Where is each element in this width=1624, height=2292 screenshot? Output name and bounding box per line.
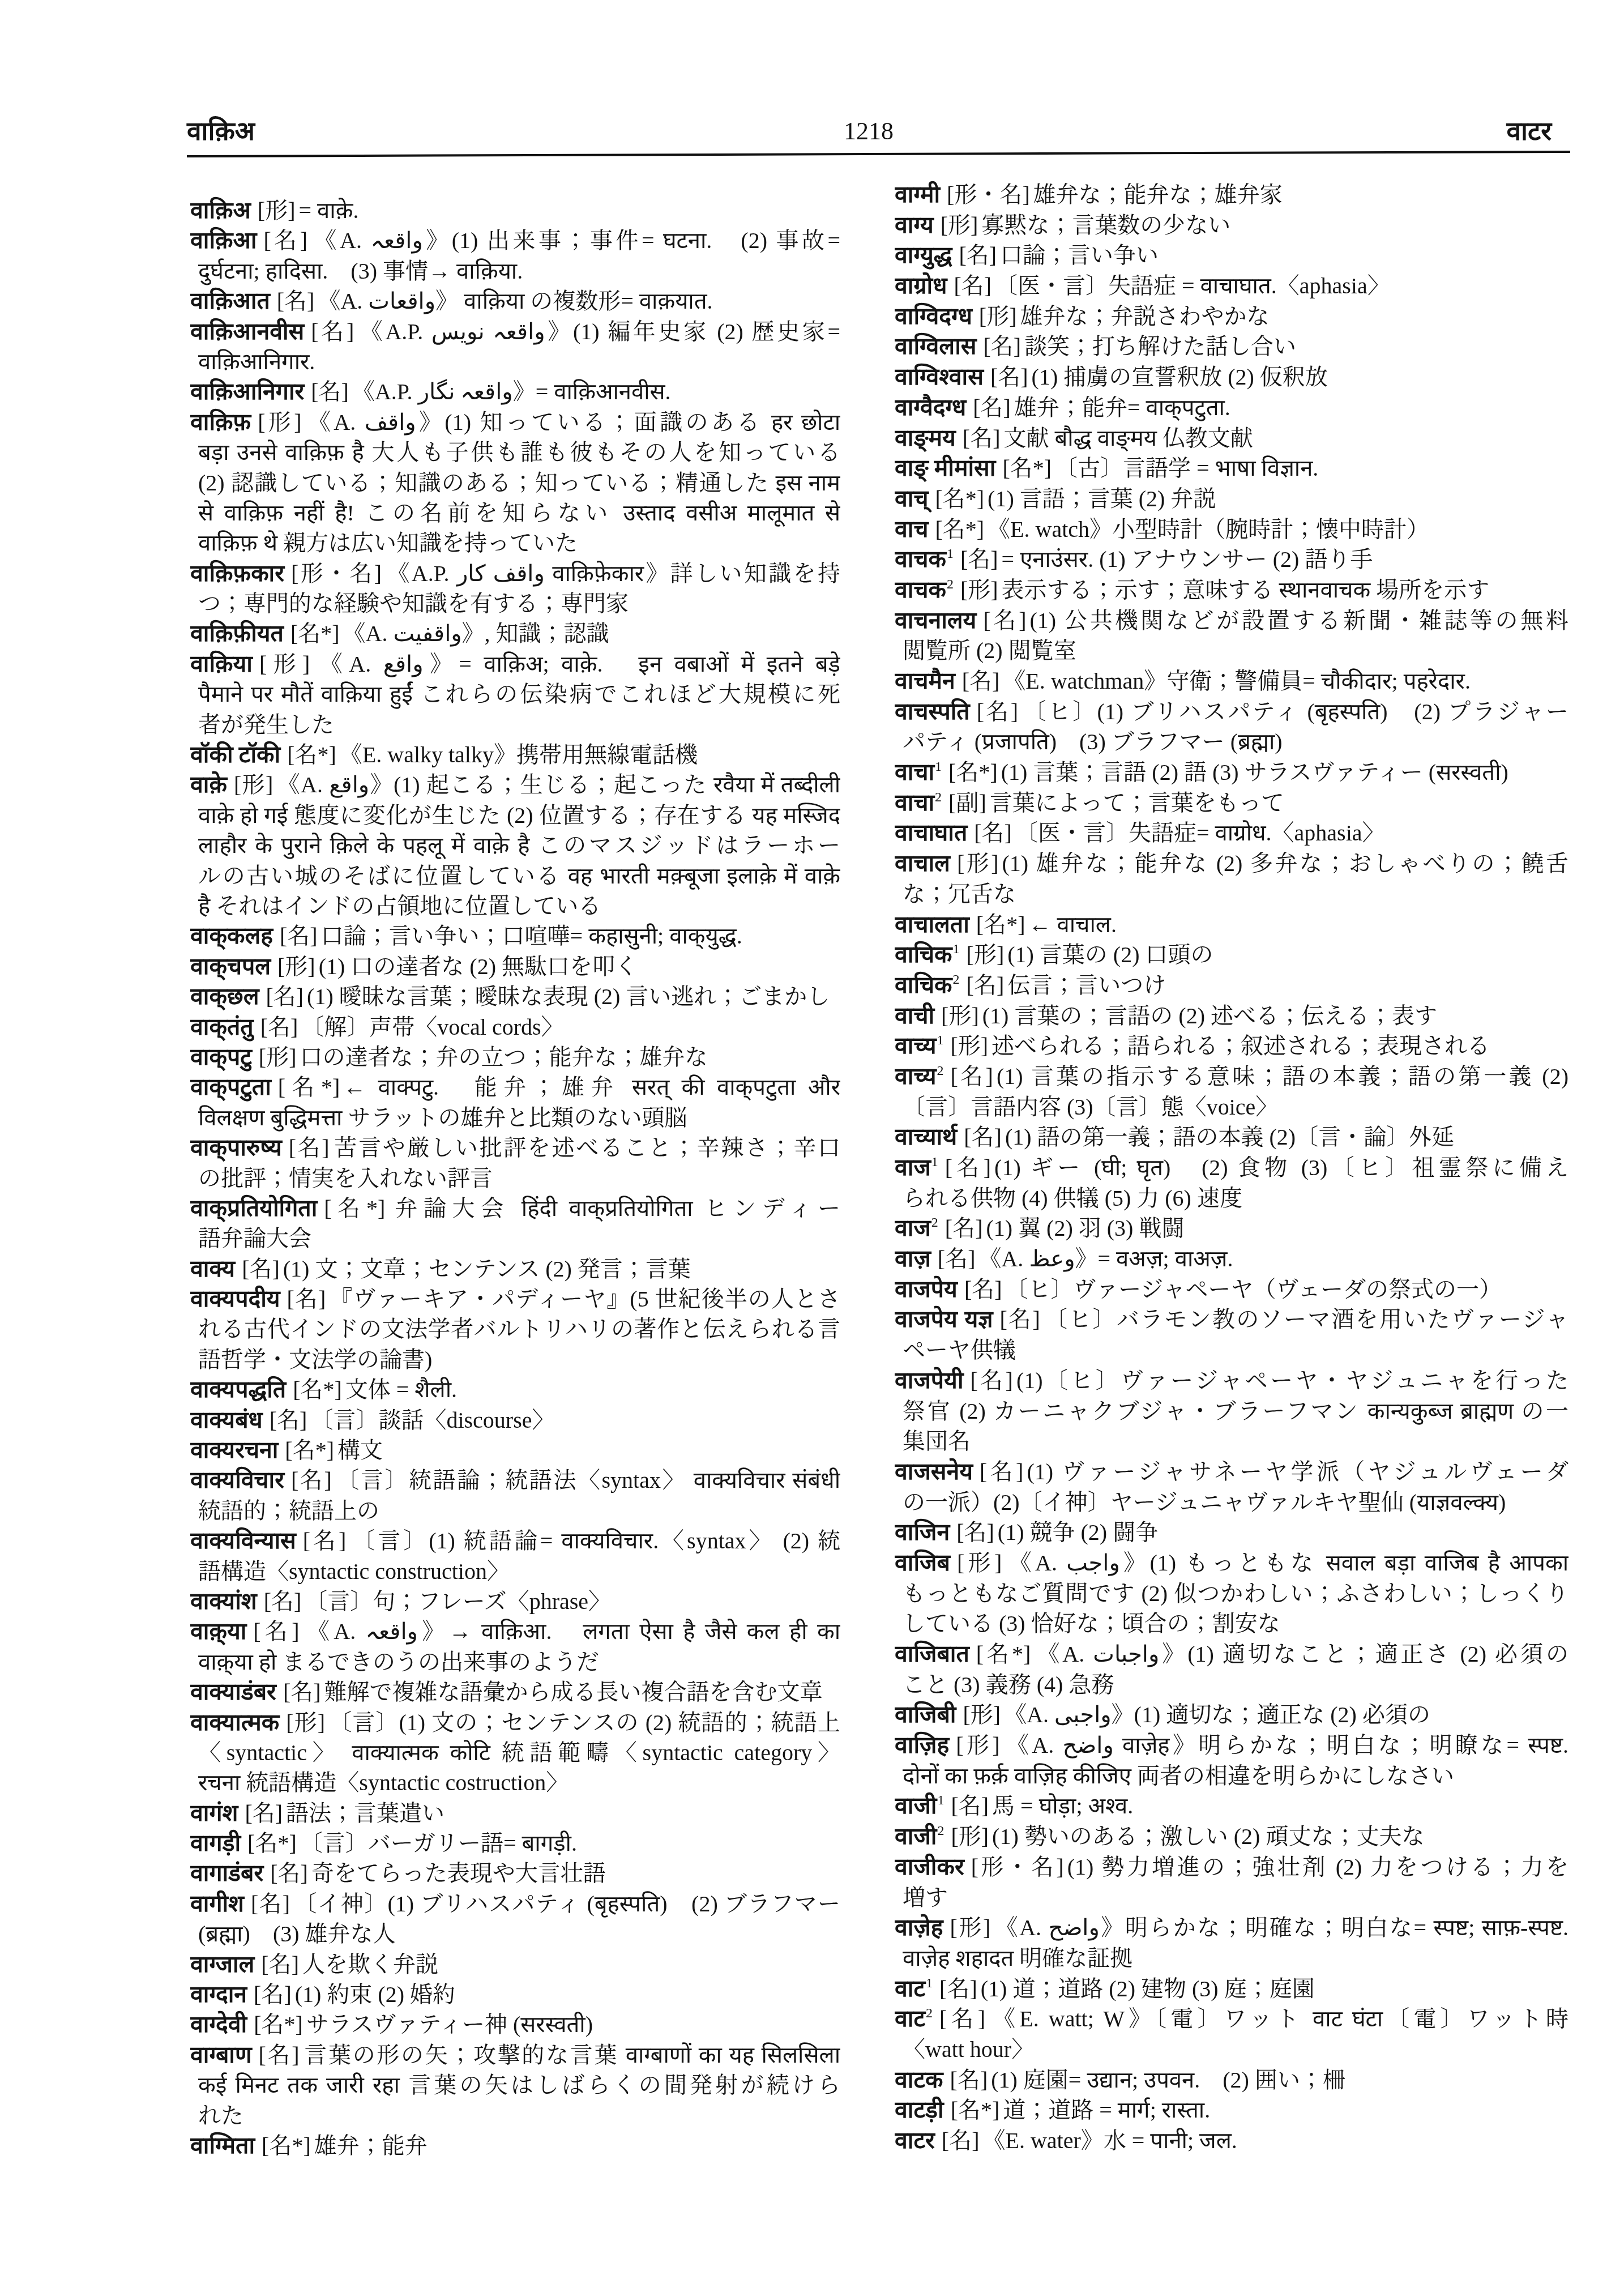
definition-text: 〈syntactic〉 वाक्यात्मक कोटि 統語範疇〈syntact… <box>198 1740 840 1768</box>
definition-text: है それはインドの占領地に位置している <box>198 893 601 919</box>
part-of-speech-label: [名] <box>277 288 315 314</box>
entry-continuation-line: रचना 統語構造〈syntactic costruction〉 <box>190 1768 840 1798</box>
dictionary-entry: वाजपेयी[名](1)〔ヒ〕ヴァージャペーヤ・ヤジュニャを行った祭官 (2)… <box>895 1365 1569 1457</box>
definition-text: दुर्घटना; हादिसा. (3) 事情→ वाक़िया. <box>198 258 523 284</box>
entry-headline: वाङ्‌मय[名]文献 बौद्ध वाङ्‌मय 仏教文献 <box>895 423 1569 454</box>
dictionary-entry: वाटड़ी[名*]道；道路 = मार्ग; रास्ता. <box>895 2095 1569 2125</box>
headword: वाक़िआत <box>190 288 270 314</box>
headword: वागीश <box>190 1890 244 1917</box>
homograph-number: 1 <box>947 547 954 561</box>
definition-text: ← वाचाल. <box>1029 912 1117 937</box>
entry-headline: वाक्य[名](1) 文；文章；センテンス (2) 発言；言葉 <box>190 1254 840 1284</box>
definition-text: (1) 曖昧な言葉；曖昧な表現 (2) 言い逃れ；ごまかし <box>307 984 830 1009</box>
dictionary-entry: वाज़ेह[形]《A. واضح》明らかな；明確な；明白な= स्पष्ट; … <box>895 1913 1569 1973</box>
part-of-speech-label: [名] <box>960 547 998 572</box>
entry-headline: वाच[名*]《E. watch》小型時計（腕時計；懐中時計） <box>895 514 1569 545</box>
definition-text: 人を欺く弁説 <box>302 1952 438 1977</box>
part-of-speech-label: [名*] <box>935 486 984 511</box>
dictionary-entry: वागीश[名]〔イ神〕(1) ブリハスパティ (बृहस्पति) (2) ブ… <box>190 1889 840 1949</box>
part-of-speech-label: [名] <box>245 1800 283 1826</box>
definition-text: 《A. واقع》= वाक़िअ; वाक़े. इन वबाओं में इ… <box>313 651 840 677</box>
part-of-speech-label: [名*] <box>948 759 998 785</box>
entry-continuation-line: している (3) 恰好な；頃合の；割安な <box>895 1608 1569 1639</box>
definition-text: 文献 बौद्ध वाङ्‌मय 仏教文献 <box>1003 425 1253 451</box>
part-of-speech-label: [形] <box>967 942 1005 967</box>
definition-text: 伝言；言いつけ <box>1007 972 1166 998</box>
definition-text: (1) 文；文章；センテンス (2) 発言；言葉 <box>283 1256 691 1282</box>
definition-text: (1) ギー (घी; घृत) (2) 食物 (3)〔ヒ〕祖霊祭に備え <box>994 1155 1569 1180</box>
dictionary-entry: वाग्वैदग्ध[名]雄弁；能弁= वाक्‌पटुता. <box>895 392 1569 423</box>
definition-text: 〔解〕声帯〈vocal cords〉 <box>301 1014 563 1040</box>
dictionary-entry: वाक्यपदीय[名]『ヴァーキア・パディーヤ』(5 世紀後半の人とされる古代… <box>190 1284 840 1375</box>
entry-continuation-line: वाक़े हो गई 態度に変化が生じた (2) 位置する；存在する यह म… <box>190 800 840 830</box>
definition-text: वाज़ेह शहादत 明確な証拠 <box>903 1945 1132 1971</box>
entry-headline: वाक़िया[形]《A. واقع》= वाक़िअ; वाक़े. इन व… <box>190 649 840 679</box>
entry-headline: वाच्[名*](1) 言語；言葉 (2) 弁説 <box>895 484 1569 514</box>
part-of-speech-label: [名] <box>942 2128 980 2153</box>
headword: वाचाल <box>895 850 950 876</box>
headword: वाक्य <box>190 1256 235 1282</box>
entry-headline: वाक्‌पारुष्य[名]苦言や厳しい批評を述べること；辛辣さ；辛口 <box>190 1133 840 1163</box>
dictionary-entry: वाजी1[名]馬 = घोड़ा; अश्व. <box>895 1791 1569 1821</box>
entry-headline: वाङ् मीमांसा[名*]〔古〕言語学 = भाषा विज्ञान. <box>895 453 1569 484</box>
dictionary-entry: वाज1[名](1) ギー (घी; घृत) (2) 食物 (3)〔ヒ〕祖霊祭… <box>895 1153 1569 1213</box>
entry-headline: वाचा1[名*](1) 言葉；言語 (2) 語 (3) サラスヴァティー (स… <box>895 757 1569 788</box>
part-of-speech-label: [名] <box>280 923 318 949</box>
entry-headline: वाक्यविचार[名]〔言〕統語論；統語法〈syntax〉 वाक्यविच… <box>190 1465 840 1495</box>
entry-continuation-line: 語弁論大会 <box>190 1223 840 1253</box>
headword: वाक़िआनिगार <box>190 378 304 404</box>
dictionary-entry: वाक्‌पारुष्य[名]苦言や厳しい批評を述べること；辛辣さ；辛口の批評；… <box>190 1133 840 1193</box>
entry-continuation-line: れた <box>190 2101 840 2131</box>
headword: वाक्यपदीय <box>190 1286 280 1312</box>
headword: वाक्याडंबर <box>190 1679 276 1705</box>
entry-headline: वाग्वैदग्ध[名]雄弁；能弁= वाक्‌पटुता. <box>895 392 1569 423</box>
definition-text: 奇をてらった表現や大言壮語 <box>311 1860 606 1886</box>
part-of-speech-label: [名] <box>311 379 349 404</box>
entry-continuation-line: ペーヤ供犠 <box>895 1335 1569 1365</box>
entry-continuation-line: विलक्षण बुद्धिमत्ता サラットの雄弁と比類のない頭脳 <box>190 1103 840 1133</box>
definition-text: 弁論大会 हिंदी वाक्‌प्रतियोगिता ヒンディー <box>388 1196 840 1221</box>
part-of-speech-label: [名] <box>253 1619 299 1644</box>
definition-text: (1) 言葉の (2) 口頭の <box>1007 942 1213 967</box>
part-of-speech-label: [形] <box>234 772 273 797</box>
definition-text: (1) 勢力増進の；強壮剤 (2) 力をつける；力を <box>1067 1854 1569 1880</box>
dictionary-entry: वाच्यार्थ[名](1) 語の第一義；語の本義 (2)〔言・論〕外延 <box>895 1122 1569 1153</box>
headword: वाक्‌पटु <box>190 1044 252 1070</box>
entry-continuation-line: ルの古い城のそばに位置している वह भारती मक़्बूजा इलाक़े… <box>190 861 840 891</box>
definition-text: 『ヴァーキア・パディーヤ』(5 世紀後半の人とさ <box>329 1286 840 1312</box>
part-of-speech-label: [名] <box>977 699 1018 724</box>
definition-text: 《A. واضح》明らかな；明確な；明白な= स्पष्ट; साफ़-स्पष… <box>994 1915 1569 1940</box>
definition-text: 〈watt hour〉 <box>903 2037 1034 2062</box>
definition-text: 〔言〕談話〈discourse〉 <box>310 1407 554 1433</box>
part-of-speech-label: [名] <box>990 364 1028 390</box>
dictionary-entry: वाङ्‌मय[名]文献 बौद्ध वाङ्‌मय 仏教文献 <box>895 423 1569 454</box>
part-of-speech-label: [形・名] <box>971 1854 1064 1880</box>
part-of-speech-label: [名] <box>950 1064 993 1089</box>
part-of-speech-label: [名] <box>959 242 997 268</box>
definition-text: 構文 <box>337 1437 383 1463</box>
entry-headline: वाजपेय यज्ञ[名]〔ヒ〕バラモン教のソーマ酒を用いたヴァージャ <box>895 1304 1569 1335</box>
dictionary-entry: वागंश[名]語法；言葉遣い <box>190 1798 840 1828</box>
entry-headline: वाज़[名]《A. وعظ》= वअज़; वाअज़. <box>895 1244 1569 1274</box>
headword: वाग्देवी <box>190 2011 247 2037</box>
entry-headline: वाचक2[形]表示する；示す；意味する स्थानवाचक 場所を示す <box>895 575 1569 605</box>
entry-continuation-line: 増す <box>895 1883 1569 1913</box>
dictionary-entry: वाचनालय[名](1) 公共機関などが設置する新聞・雑誌等の無料閲覧所 (2… <box>895 605 1569 666</box>
entry-continuation-line: パティ (प्रजापति) (3) ブラフマー (ब्रह्मा) <box>895 727 1569 757</box>
definition-text: 《E. watchman》守衛；警備員= चौकीदार; पहरेदार. <box>1003 668 1471 694</box>
entry-headline: वाजिबी[形]《A. واجبی》(1) 適切な；適正な (2) 必須の <box>895 1700 1569 1730</box>
entry-headline: वाचमैन[名]《E. watchman》守衛；警備員= चौकीदार; प… <box>895 666 1569 697</box>
definition-text: वाक़्‌या हो まるできのうの出来事のようだ <box>198 1649 599 1675</box>
part-of-speech-label: [名] <box>291 1467 332 1493</box>
entry-headline: वाचनालय[名](1) 公共機関などが設置する新聞・雑誌等の無料 <box>895 605 1569 636</box>
left-column: वाक़िअ[形]= वाक़े.वाक़िआ[名]《A. واقعہ》(1) … <box>190 195 840 2161</box>
entry-headline: वाक़िआ[名]《A. واقعہ》(1) 出来事；事件= घटना. (2)… <box>190 225 840 255</box>
definition-text: 語哲学・文法学の論書) <box>198 1347 432 1372</box>
dictionary-entry: वाटर[名]《E. water》水 = पानी; जल. <box>895 2125 1569 2156</box>
entry-headline: वागाडंबर[名]奇をてらった表現や大言壮語 <box>190 1858 840 1888</box>
entry-continuation-line: 集団名 <box>895 1426 1569 1457</box>
entry-continuation-line: られる供物 (4) 供犠 (5) 力 (6) 速度 <box>895 1183 1569 1214</box>
headword: वाजी <box>895 1792 937 1819</box>
part-of-speech-label: [形] <box>957 851 999 876</box>
dictionary-entry: वागाडंबर[名]奇をてらった表現や大言壮語 <box>190 1858 840 1888</box>
entry-headline: वाजपेयी[名](1)〔ヒ〕ヴァージャペーヤ・ヤジュニャを行った <box>895 1365 1569 1396</box>
entry-continuation-line: 語哲学・文法学の論書) <box>190 1345 840 1375</box>
dictionary-entry: वाक्यांश[名]〔言〕句；フレーズ〈phrase〉 <box>190 1586 840 1616</box>
dictionary-entry: वाक़िफ़कार[形・名]《A.P. واقف کار वाक़िफ़ेका… <box>190 558 840 619</box>
entry-headline: वाक्यांश[名]〔言〕句；フレーズ〈phrase〉 <box>190 1586 840 1616</box>
definition-text: (1)〔ヒ〕ヴァージャペーヤ・ヤジュニャを行った <box>1016 1368 1569 1393</box>
definition-text: 〔医・言〕失語症 = वाचाघात.〈aphasia〉 <box>995 273 1390 298</box>
dictionary-entry: वाग्विदग्ध[形]雄弁な；弁説さわやかな <box>895 301 1569 332</box>
definition-text: कई मिनट तक जारी रहा 言葉の矢はしばらくの間発射が続けら <box>198 2072 840 2098</box>
definition-text: 言葉によって；言葉をもって <box>990 790 1284 816</box>
headword: वागंश <box>190 1800 238 1826</box>
homograph-number: 1 <box>931 1155 938 1170</box>
part-of-speech-label: [名] <box>287 1286 326 1312</box>
headword: वाक्‌तंतु <box>190 1014 254 1040</box>
definition-text: विलक्षण बुद्धिमत्ता サラットの雄弁と比類のない頭脳 <box>198 1105 687 1130</box>
entry-headline: वाक़्‌या[名]《A. واقعہ》→ वाक़िआ. लगता ऐसा … <box>190 1616 840 1646</box>
part-of-speech-label: [名] <box>954 273 992 298</box>
part-of-speech-label: [名*] <box>324 1196 385 1221</box>
headword: वाक्यविचार <box>190 1467 284 1493</box>
entry-continuation-line: वाक़िआनिगार. <box>190 347 840 377</box>
dictionary-entry: वाक्‌छल[名](1) 曖昧な言葉；曖昧な表現 (2) 言い逃れ；ごまかし <box>190 981 840 1011</box>
part-of-speech-label: [名] <box>259 2042 300 2068</box>
part-of-speech-label: [名] <box>973 395 1011 420</box>
definition-text: 《A. واقف》(1) 知っている；面識のある हर छोटा <box>305 409 840 435</box>
entry-headline: वाग्युद्ध[名]口論；言い争い <box>895 240 1569 271</box>
headword: वाज <box>895 1215 931 1241</box>
definition-text: な；冗舌な <box>903 881 1016 907</box>
entry-headline: वाक्‌छल[名](1) 曖昧な言葉；曖昧な表現 (2) 言い逃れ；ごまかし <box>190 981 840 1011</box>
headword: वाची <box>895 1002 934 1028</box>
entry-headline: वाक़े[形]《A. واقع》(1) 起こる；生じる；起こった रवैया … <box>190 770 840 800</box>
dictionary-entry: वाचिक2[名]伝言；言いつけ <box>895 970 1569 1001</box>
entry-continuation-line: वाक़्‌या हो まるできのうの出来事のようだ <box>190 1647 840 1677</box>
definition-text: (1) 競争 (2) 闘争 <box>998 1520 1158 1545</box>
definition-text: 談笑；打ち解けた話し合い <box>1024 334 1296 359</box>
definition-text: 口論；言い争い；口喧嘩= कहासुनी; वाक्‌युद्ध. <box>321 923 742 949</box>
dictionary-entry: वाच्य2[名](1) 言葉の指示する意味；語の本義；語の第一義 (2)〔言〕… <box>895 1061 1569 1122</box>
part-of-speech-label: [名] <box>254 1982 292 2007</box>
entry-headline: वाक़िफ़ीयत[名*]《A. واقفیت》, 知識；認識 <box>190 618 840 648</box>
definition-text: 〔言〕統語論；統語法〈syntax〉 वाक्यविचार संबंधी <box>335 1467 840 1493</box>
definition-text: 《A. واقع》(1) 起こる；生じる；起こった रवैया में तब्द… <box>276 772 840 797</box>
dictionary-entry: वाग्मी[形・名]雄弁な；能弁な；雄弁家 <box>895 180 1569 210</box>
part-of-speech-label: [名*] <box>951 2097 1000 2123</box>
definition-text: 《A. واجبات》(1) 適切なこと；適正さ (2) 必須の <box>1034 1641 1569 1667</box>
part-of-speech-label: [名*] <box>285 1437 334 1463</box>
entry-continuation-line: つ；専門的な経験や知識を有する；専門家 <box>190 588 840 618</box>
part-of-speech-label: [名*] <box>247 1830 297 1856</box>
entry-continuation-line: 者が発生した <box>190 710 840 740</box>
definition-text: 《A. واقعات》 वाक़िया の複数形= वाक़यात. <box>318 288 712 314</box>
headword: वाक़िया <box>190 651 253 677</box>
headword: वाच् <box>895 485 928 511</box>
definition-text: 《E. watt; W》〔電〕ワット वाट घंटा〔電〕ワット時 <box>989 2006 1569 2031</box>
entry-headline: वाज़िह[形]《A. واضح वाज़ेह》明らかな；明白な；明瞭な= स… <box>895 1730 1569 1761</box>
headword: वाचा <box>895 759 934 785</box>
definition-text: 《A.P. واقف کار वाक़िफ़ेकार》詳しい知識を持 <box>385 561 840 586</box>
part-of-speech-label: [名] <box>950 2067 988 2093</box>
entry-headline: वाग्दान[名](1) 約束 (2) 婚約 <box>190 1979 840 2009</box>
entry-headline: वाज2[名](1) 翼 (2) 羽 (3) 戦闘 <box>895 1213 1569 1244</box>
definition-text: 口の達者な；弁の立つ；能弁な；雄弁な <box>300 1044 708 1070</box>
part-of-speech-label: [形・名] <box>947 182 1030 207</box>
definition-text: 雄弁；能弁 <box>314 2133 428 2158</box>
definition-text: 《A. واقعہ》→ वाक़िआ. लगता ऐसा है जैसे कल … <box>303 1619 840 1644</box>
headword: वाक़िआ <box>190 227 257 253</box>
part-of-speech-label: [形・名] <box>291 561 382 586</box>
headword: वाग्दान <box>190 1981 247 2007</box>
definition-text: 言葉の形の矢；攻撃的な言葉 वाग्बाणों का यह सिलसिला <box>303 2042 840 2068</box>
dictionary-entry: वाक़िआत[名]《A. واقعات》 वाक़िया の複数形= वाक़… <box>190 286 840 316</box>
part-of-speech-label: [名] <box>263 228 307 253</box>
entry-continuation-line: 〈syntactic〉 वाक्यात्मक कोटि 統語範疇〈syntact… <box>190 1738 840 1768</box>
part-of-speech-label: [名] <box>956 1520 994 1545</box>
entry-headline: वाक्यात्मक[形]〔言〕(1) 文の；センテンスの (2) 統語的；統語… <box>190 1708 840 1738</box>
dictionary-entry: वाक़्‌या[名]《A. واقعہ》→ वाक़िआ. लगता ऐसा … <box>190 1616 840 1677</box>
part-of-speech-label: [名*] <box>290 621 340 646</box>
definition-text: 〔言〕バーガリー語= बागड़ी. <box>300 1830 577 1856</box>
definition-text: वाक़िफ़ थे 親方は広い知識を持っていた <box>198 530 578 556</box>
part-of-speech-label: [形] <box>963 1702 1001 1727</box>
definition-text: の一派）(2)〔イ神〕ヤージュニャヴァルキヤ聖仙 (याज्ञवल्क्य) <box>903 1489 1506 1515</box>
part-of-speech-label: [名*] <box>262 2133 311 2158</box>
definition-text: している (3) 恰好な；頃合の；割安な <box>903 1611 1280 1636</box>
definition-text: (1) 言葉の；言語の (2) 述べる；伝える；表す <box>982 1003 1437 1028</box>
dictionary-entry: वाच[名*]《E. watch》小型時計（腕時計；懐中時計） <box>895 514 1569 545</box>
headword: वाजिबात <box>895 1641 969 1667</box>
dictionary-entry: वाग्मिता[名*]雄弁；能弁 <box>190 2131 840 2161</box>
entry-headline: वाचाघात[名]〔医・言〕失語症= वाग्रोध.〈aphasia〉 <box>895 818 1569 848</box>
entry-headline: वाग्रोध[名]〔医・言〕失語症 = वाचाघात.〈aphasia〉 <box>895 271 1569 301</box>
dictionary-entry: वाट2[名]《E. watt; W》〔電〕ワット वाट घंटा〔電〕ワット… <box>895 2004 1569 2064</box>
dictionary-entry: वाक्‌पटुता[名*]← वाक्पटु. 能弁；雄弁 सरत् की व… <box>190 1072 840 1133</box>
dictionary-entry: वाक़िआनवीस[名]《A.P. واقعہ نویس》(1) 編年史家 (… <box>190 317 840 377</box>
dictionary-entry: वाक्‌प्रतियोगिता[名*]弁論大会 हिंदी वाक्‌प्रत… <box>190 1193 840 1254</box>
homograph-number: 1 <box>935 759 942 774</box>
entry-continuation-line: कई मिनट तक जारी रहा 言葉の矢はしばらくの間発射が続けら <box>190 2070 840 2100</box>
dictionary-entry: वाचिक1[形](1) 言葉の (2) 口頭の <box>895 940 1569 970</box>
part-of-speech-label: [名] <box>1000 1307 1040 1332</box>
definition-text: 《A.P. واقعہ نویس》(1) 編年史家 (2) 歴史家= <box>357 319 840 344</box>
definition-text: 馬 = घोड़ा; अश्व. <box>992 1793 1133 1819</box>
definition-text: もっともなご質問です (2) 似つかわしい；ふさわしい；しっくり <box>903 1581 1569 1606</box>
dictionary-entry: वाजिन[名](1) 競争 (2) 闘争 <box>895 1517 1569 1548</box>
homograph-number: 2 <box>937 1824 944 1838</box>
headword: वाक़िफ़ीयत <box>190 620 284 646</box>
part-of-speech-label: [名] <box>945 1155 991 1180</box>
entry-headline: वाज़ेह[形]《A. واضح》明らかな；明確な；明白な= स्पष्ट; … <box>895 1913 1569 1943</box>
dictionary-entry: वाजपेय यज्ञ[名]〔ヒ〕バラモン教のソーマ酒を用いたヴァージャペーヤ供… <box>895 1304 1569 1365</box>
part-of-speech-label: [名*] <box>293 1377 342 1402</box>
dictionary-entry: वाक्‌पटु[形]口の達者な；弁の立つ；能弁な；雄弁な <box>190 1042 840 1072</box>
entry-headline: वाक़िआत[名]《A. واقعات》 वाक़िया の複数形= वाक़… <box>190 286 840 316</box>
dictionary-page: वाक़िअ 1218 वाटर वाक़िअ[形]= वाक़े.वाक़िआ… <box>0 0 1624 2292</box>
dictionary-entry: वाचमैन[名]《E. watchman》守衛；警備員= चौकीदार; प… <box>895 666 1569 697</box>
definition-text: ルの古い城のそばに位置している वह भारती मक़्बूजा इलाक़े… <box>198 863 840 889</box>
definition-text: 表示する；示す；意味する स्थानवाचक 場所を示す <box>1002 577 1490 603</box>
definition-text: वाक़े हो गई 態度に変化が生じた (2) 位置する；存在する यह म… <box>198 803 840 828</box>
entry-continuation-line: 語構造〈syntactic construction〉 <box>190 1556 840 1586</box>
headword: वाजिन <box>895 1519 950 1545</box>
definition-text: (1) 庭園= उद्यान; उपवन. (2) 囲い；柵 <box>991 2067 1345 2093</box>
definition-text: 増す <box>903 1885 948 1910</box>
definition-text: (1) 言語；言葉 (2) 弁説 <box>988 486 1216 511</box>
headword: वाच <box>895 516 928 542</box>
dictionary-entry: वाक्यविचार[名]〔言〕統語論；統語法〈syntax〉 वाक्यविच… <box>190 1465 840 1526</box>
header-rule-divider <box>187 151 1570 157</box>
definition-text: 難解で複雑な語彙から成る長い複合語を含む文章 <box>324 1679 823 1705</box>
part-of-speech-label: [名] <box>983 334 1021 359</box>
headword: वाग्बाण <box>190 2042 252 2068</box>
part-of-speech-label: [名] <box>980 1459 1023 1484</box>
definition-text: (1) 道；道路 (2) 建物 (3) 庭；庭園 <box>981 1976 1315 2001</box>
definition-text: 語法；言葉遣い <box>286 1800 445 1826</box>
headword: वाक्‌पारुष्य <box>190 1134 282 1160</box>
dictionary-entry: वाक़िफ़[形]《A. واقف》(1) 知っている；面識のある हर छो… <box>190 407 840 558</box>
page-number: 1218 <box>844 116 894 147</box>
dictionary-entry: वाचक1[名]= एनाउंसर. (1) アナウンサー (2) 語り手 <box>895 544 1569 575</box>
headword: वाजपेय <box>895 1276 958 1302</box>
definition-text: パティ (प्रजापति) (3) ブラフマー (ब्रह्मा) <box>903 729 1283 754</box>
definition-text: 《A. وعظ》= वअज़; वाअज़. <box>978 1246 1233 1271</box>
part-of-speech-label: [形] <box>957 1550 1002 1576</box>
entry-headline: वाक्‌पटुता[名*]← वाक्पटु. 能弁；雄弁 सरत् की व… <box>190 1072 840 1102</box>
entry-headline: वाक्यबंध[名]〔言〕談話〈discourse〉 <box>190 1405 840 1435</box>
dictionary-entry: वाज़[名]《A. وعظ》= वअज़; वाअज़. <box>895 1244 1569 1274</box>
definition-text: 口論；言い争い <box>1000 242 1159 268</box>
entry-headline: वाजसनेय[名](1) ヴァージャサネーヤ学派（ヤジュルヴェーダ <box>895 1457 1569 1487</box>
part-of-speech-label: [名*] <box>976 912 1025 937</box>
homograph-number: 1 <box>953 942 960 957</box>
definition-text: (1) 雄弁な；能弁な (2) 多弁な；おしゃべりの；饒舌 <box>1002 851 1569 876</box>
dictionary-entry: वाच्[名*](1) 言語；言葉 (2) 弁説 <box>895 484 1569 514</box>
headword: वाक़िअ <box>190 197 251 223</box>
entry-continuation-line: 〈watt hour〉 <box>895 2034 1569 2065</box>
entry-continuation-line: 〔言〕言語内容 (3)〔言〕態〈voice〉 <box>895 1092 1569 1122</box>
headword: वाज़ेह <box>895 1914 943 1940</box>
definition-text: से वाक़िफ़ नहीं है! この名前を知らない उस्ताद वसी… <box>198 500 840 526</box>
definition-text: = एनाउंसर. (1) アナウンサー (2) 語り手 <box>1002 547 1373 572</box>
headword: वाटक <box>895 2067 943 2093</box>
dictionary-entry: वाग्दान[名](1) 約束 (2) 婚約 <box>190 1979 840 2009</box>
entry-headline: वाचाल[形](1) 雄弁な；能弁な (2) 多弁な；おしゃべりの；饒舌 <box>895 848 1569 879</box>
definition-text: 統語的；統語上の <box>198 1498 379 1523</box>
definition-text: वाक़िआनिगार. <box>198 349 315 374</box>
headword: वाक्यपद्धति <box>190 1376 286 1402</box>
headword: वाटड़ी <box>895 2097 944 2123</box>
dictionary-entry: वाक्य[名](1) 文；文章；センテンス (2) 発言；言葉 <box>190 1254 840 1284</box>
headword: वाचा <box>895 789 934 816</box>
part-of-speech-label: [名*] <box>287 742 336 767</box>
dictionary-entry: वाग्य[形]寡黙な；言葉数の少ない <box>895 210 1569 241</box>
definition-text: 〔ヒ〕ヴァージャペーヤ（ヴェーダの祭式の一） <box>1006 1277 1502 1302</box>
entry-headline: वाच्यार्थ[名](1) 語の第一義；語の本義 (2)〔言・論〕外延 <box>895 1122 1569 1153</box>
definition-text: 祭官 (2) カーニャクブジャ・ブラーフマン कान्यकुब्ज ब्राह्… <box>903 1398 1569 1424</box>
headword: वाचिक <box>895 972 952 998</box>
definition-text: 《A. واضح वाज़ेह》明らかな；明白な；明瞭な= स्पष्ट. <box>1003 1732 1569 1758</box>
dictionary-entry: वाक़िया[形]《A. واقع》= वाक़िअ; वाक़े. इन व… <box>190 649 840 740</box>
part-of-speech-label: [名] <box>983 608 1026 633</box>
part-of-speech-label: [名] <box>270 1860 308 1886</box>
headword: वाचक <box>895 577 946 603</box>
headword: वाक्यांश <box>190 1588 257 1614</box>
entry-continuation-line: से वाक़िफ़ नहीं है! この名前を知らない उस्ताद वसी… <box>190 498 840 528</box>
part-of-speech-label: [名] <box>951 1793 989 1819</box>
dictionary-entry: वाजिबी[形]《A. واجبی》(1) 適切な；適正な (2) 必須の <box>895 1700 1569 1730</box>
entry-headline: वाग्य[形]寡黙な；言葉数の少ない <box>895 210 1569 241</box>
definition-text: られる供物 (4) 供犠 (5) 力 (6) 速度 <box>903 1185 1242 1211</box>
entry-continuation-line: (ब्रह्मा) (3) 雄弁な人 <box>190 1919 840 1949</box>
part-of-speech-label: [形] <box>941 1003 979 1028</box>
entry-headline: वाचस्पति[名]〔ヒ〕(1) ブリハスパティ (बृहस्पति) (2)… <box>895 697 1569 727</box>
part-of-speech-label: [名] <box>264 1589 302 1614</box>
entry-headline: वाटक[名](1) 庭園= उद्यान; उपवन. (2) 囲い；柵 <box>895 2065 1569 2095</box>
dictionary-entry: वाक्‌कलह[名]口論；言い争い；口喧嘩= कहासुनी; वाक्‌यु… <box>190 921 840 951</box>
entry-headline: वाच्य1[形]述べられる；語られる；叙述される；表現される <box>895 1031 1569 1061</box>
dictionary-entry: वाक़िअ[形]= वाक़े. <box>190 195 840 225</box>
definition-text: 雄弁な；能弁な；雄弁家 <box>1033 182 1283 207</box>
definition-text: 語弁論大会 <box>198 1226 311 1251</box>
definition-text: 述べられる；語られる；叙述される；表現される <box>992 1033 1490 1058</box>
dictionary-entry: वाङ् मीमांसा[名*]〔古〕言語学 = भाषा विज्ञान. <box>895 453 1569 484</box>
dictionary-entry: वाचालता[名*]← वाचाल. <box>895 910 1569 940</box>
headword: वाजसनेय <box>895 1458 973 1484</box>
part-of-speech-label: [名] <box>945 1215 983 1241</box>
definition-text: ペーヤ供犠 <box>903 1337 1016 1363</box>
part-of-speech-label: [名] <box>261 1952 299 1977</box>
entry-headline: वाग्मी[形・名]雄弁な；能弁な；雄弁家 <box>895 180 1569 210</box>
definition-text: 寡黙な；言葉数の少ない <box>981 212 1230 238</box>
headword: वाच्य <box>895 1032 936 1058</box>
dictionary-entry: वाक्यरचना[名*]構文 <box>190 1435 840 1465</box>
definition-text: 閲覧所 (2) 閲覧室 <box>903 638 1076 663</box>
dictionary-entry: वाग्विश्वास[名](1) 捕虜の宣誓釈放 (2) 仮釈放 <box>895 362 1569 392</box>
definition-text: 《E. water》水 = पानी; जल. <box>983 2128 1237 2153</box>
part-of-speech-label: [名] <box>270 1407 307 1433</box>
headword: वाज़िह <box>895 1732 949 1758</box>
definition-text: 集団名 <box>903 1428 971 1454</box>
part-of-speech-label: [名] <box>962 668 1000 694</box>
